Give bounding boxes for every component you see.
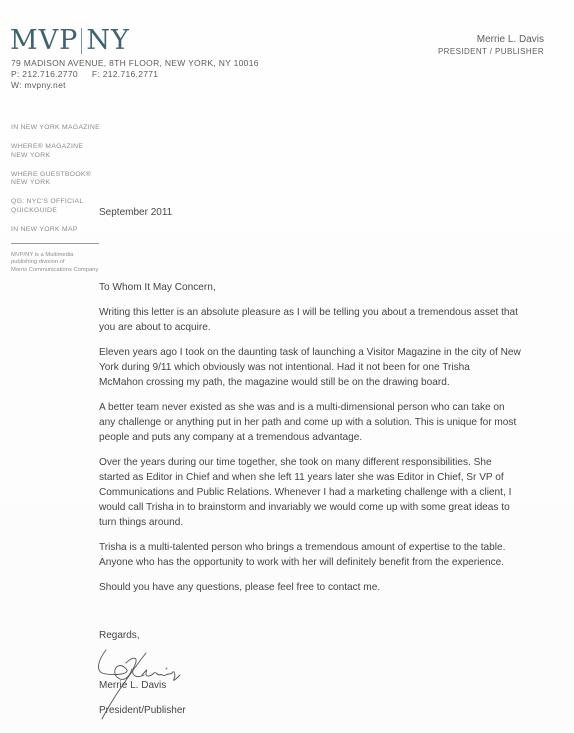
handwritten-signature-icon	[96, 645, 191, 725]
text-line: Should you have any questions, please fe…	[99, 580, 559, 595]
company-blurb: MVP/NY is a Multimedia publishing divisi…	[11, 252, 101, 275]
text-line: Communications and Public Relations. Whe…	[99, 485, 559, 500]
logo-text-mvp: MVP	[10, 27, 78, 54]
salutation: To Whom It May Concern,	[99, 280, 559, 295]
text-line: Anyone who has the opportunity to work w…	[99, 555, 559, 570]
paragraph: Over the years during our time together,…	[99, 455, 559, 530]
sidebar-divider	[11, 243, 99, 244]
phone-number: P: 212.716.2770	[11, 69, 78, 79]
logo-divider	[81, 28, 82, 54]
letter-page: MVP NY 79 MADISON AVENUE, 8TH FLOOR, NEW…	[0, 0, 574, 733]
phone-fax-line: P: 212.716.2770F: 212.716.2771	[11, 69, 259, 80]
text-line: people and puts any company at a tremend…	[99, 430, 559, 445]
publication-line: WHERE® MAGAZINE	[11, 143, 101, 152]
publication-line: WHERE GUESTBOOK®	[11, 171, 101, 180]
publication-item: WHERE® MAGAZINE NEW YORK	[11, 143, 101, 160]
street-address: 79 MADISON AVENUE, 8TH FLOOR, NEW YORK, …	[11, 58, 259, 69]
publication-line: QUICKGUIDE	[11, 207, 101, 216]
text-line: McMahon crossing my path, the magazine w…	[99, 375, 559, 390]
blurb-line: Morris Communications Company	[11, 267, 101, 275]
text-line: would call Trisha in to brainstorm and i…	[99, 500, 559, 515]
publication-item: IN NEW YORK MAP	[11, 226, 101, 235]
publication-item: IN NEW YORK MAGAZINE	[11, 124, 101, 133]
publications-sidebar: IN NEW YORK MAGAZINE WHERE® MAGAZINE NEW…	[11, 124, 101, 274]
letter-date: September 2011	[99, 207, 172, 218]
text-line: A better team never existed as she was a…	[99, 400, 559, 415]
logo-text-ny: NY	[86, 27, 129, 54]
text-line: started as Editor in Chief and when she …	[99, 470, 559, 485]
paragraph: Should you have any questions, please fe…	[99, 580, 559, 595]
paragraph: Eleven years ago I took on the daunting …	[99, 345, 559, 390]
publication-line: QG: NYC'S OFFICIAL	[11, 198, 101, 207]
paragraph: Writing this letter is an absolute pleas…	[99, 305, 559, 335]
sender-name: Merrie L. Davis	[438, 33, 544, 46]
text-line: Trisha is a multi-talented person who br…	[99, 540, 559, 555]
sender-title: PRESIDENT / PUBLISHER	[438, 46, 544, 58]
sender-header: Merrie L. Davis PRESIDENT / PUBLISHER	[438, 33, 544, 58]
text-line: turn things around.	[99, 515, 559, 530]
text-line: any challenge or anything put in her pat…	[99, 415, 559, 430]
text-line: you are about to acquire.	[99, 320, 559, 335]
publication-line: IN NEW YORK MAGAZINE	[11, 124, 101, 133]
website: W: mvpny.net	[11, 80, 259, 91]
publication-line: IN NEW YORK MAP	[11, 226, 101, 235]
publication-item: QG: NYC'S OFFICIAL QUICKGUIDE	[11, 198, 101, 215]
text-line: York during 9/11 which obviously was not…	[99, 360, 559, 375]
publication-line: NEW YORK	[11, 152, 101, 161]
publication-line: NEW YORK	[11, 179, 101, 188]
fax-number: F: 212.716.2771	[92, 69, 158, 79]
text-line: Writing this letter is an absolute pleas…	[99, 305, 559, 320]
blurb-line: publishing division of	[11, 259, 101, 267]
paragraph: A better team never existed as she was a…	[99, 400, 559, 445]
paragraph: Trisha is a multi-talented person who br…	[99, 540, 559, 570]
text-line: Eleven years ago I took on the daunting …	[99, 345, 559, 360]
mvpny-logo: MVP NY	[10, 27, 130, 54]
publication-item: WHERE GUESTBOOK® NEW YORK	[11, 171, 101, 188]
letter-body: To Whom It May Concern, Writing this let…	[99, 280, 559, 605]
letterhead-address-block: 79 MADISON AVENUE, 8TH FLOOR, NEW YORK, …	[11, 58, 259, 91]
closing-text: Regards,	[99, 630, 140, 641]
blurb-line: MVP/NY is a Multimedia	[11, 252, 101, 260]
text-line: Over the years during our time together,…	[99, 455, 559, 470]
letter-closing: Regards, Merrie L. Davis President/Publi…	[99, 630, 140, 641]
